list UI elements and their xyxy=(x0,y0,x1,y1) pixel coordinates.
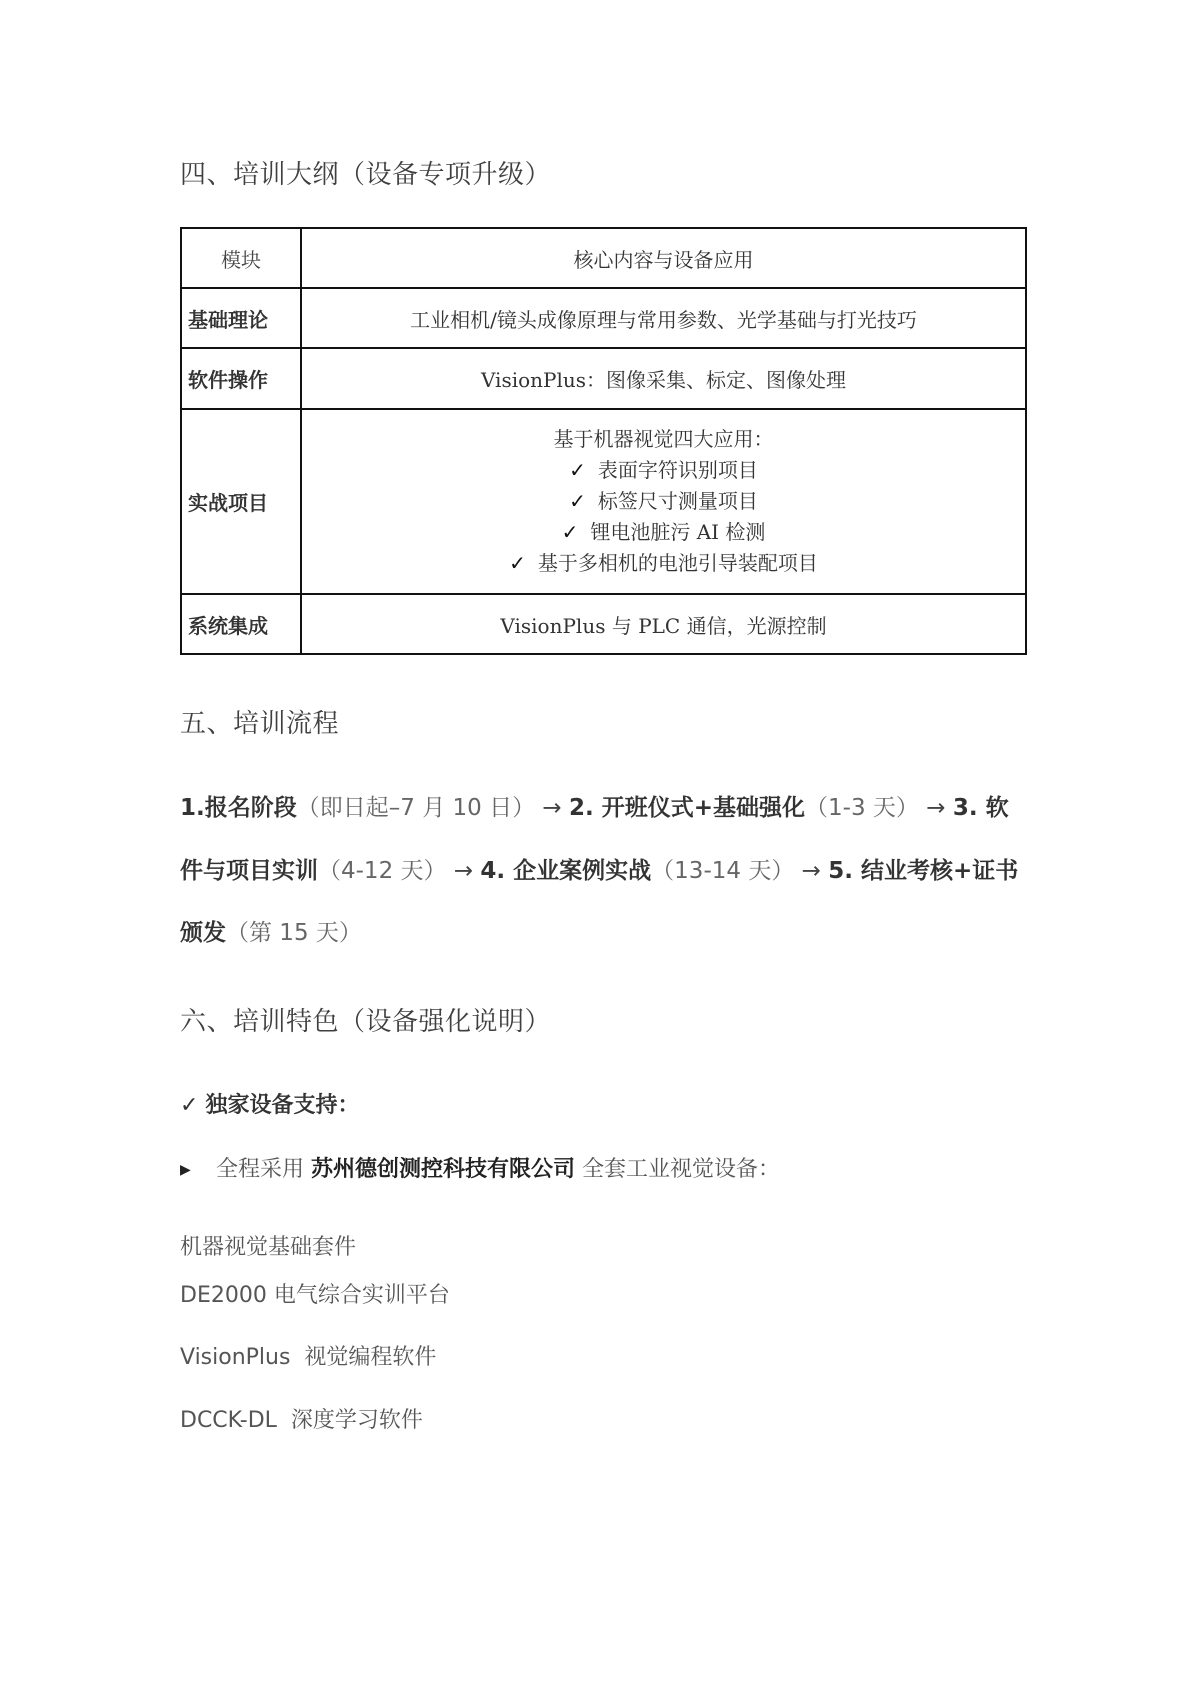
row-content: 工业相机/镜头成像原理与常用参数、光学基础与打光技巧 xyxy=(301,288,1026,348)
row-content: VisionPlus 与 PLC 通信，光源控制 xyxy=(301,594,1026,654)
header-content: 核心内容与设备应用 xyxy=(301,228,1026,288)
check-icon: ✓ xyxy=(569,489,586,513)
company-name: 苏州德创测控科技有限公司 xyxy=(311,1157,575,1182)
row-module: 软件操作 xyxy=(181,348,301,409)
check-icon: ✓ xyxy=(562,520,579,544)
equipment-support-line: ✓ 独家设备支持： xyxy=(180,1088,359,1119)
flow-detail: （即日起–7 月 10 日） xyxy=(297,795,535,821)
table-row: 系统集成 VisionPlus 与 PLC 通信，光源控制 xyxy=(181,594,1026,654)
flow-detail: （4-12 天） xyxy=(318,858,447,884)
equipment-item: 机器视觉基础套件 xyxy=(180,1230,356,1261)
arrow-icon: → xyxy=(542,795,561,821)
equipment-item: VisionPlus 视觉编程软件 xyxy=(180,1340,436,1371)
section-heading-features: 六、培训特色（设备强化说明） xyxy=(180,1007,551,1037)
flow-detail: （第 15 天） xyxy=(226,920,362,946)
table-row: 基础理论 工业相机/镜头成像原理与常用参数、光学基础与打光技巧 xyxy=(181,288,1026,348)
flow-step: 4. 企业案例实战 xyxy=(480,858,651,884)
row-module: 基础理论 xyxy=(181,288,301,348)
row-module: 系统集成 xyxy=(181,594,301,654)
section-heading-outline: 四、培训大纲（设备专项升级） xyxy=(180,160,551,190)
row-content: 基于机器视觉四大应用： ✓表面字符识别项目 ✓标签尺寸测量项目 ✓锂电池脏污 A… xyxy=(301,409,1026,594)
header-module: 模块 xyxy=(181,228,301,288)
project-item: ✓锂电池脏污 AI 检测 xyxy=(302,517,1025,548)
arrow-icon: → xyxy=(802,858,821,884)
training-process-flow: 1.报名阶段（即日起–7 月 10 日） → 2. 开班仪式+基础强化（1-3 … xyxy=(180,777,1030,965)
support-label: 独家设备支持： xyxy=(205,1093,359,1118)
row-content: VisionPlus：图像采集、标定、图像处理 xyxy=(301,348,1026,409)
projects-intro: 基于机器视觉四大应用： xyxy=(302,424,1025,455)
triangle-bullet-icon: ▶ xyxy=(180,1162,216,1178)
table-row: 实战项目 基于机器视觉四大应用： ✓表面字符识别项目 ✓标签尺寸测量项目 ✓锂电… xyxy=(181,409,1026,594)
project-item: ✓标签尺寸测量项目 xyxy=(302,486,1025,517)
project-item: ✓基于多相机的电池引导装配项目 xyxy=(302,548,1025,579)
bullet-item: ▶全程采用 苏州德创测控科技有限公司 全套工业视觉设备： xyxy=(180,1152,780,1183)
training-outline-table: 模块 核心内容与设备应用 基础理论 工业相机/镜头成像原理与常用参数、光学基础与… xyxy=(180,227,1027,655)
arrow-icon: → xyxy=(454,858,473,884)
table-row: 软件操作 VisionPlus：图像采集、标定、图像处理 xyxy=(181,348,1026,409)
equipment-item: DE2000 电气综合实训平台 xyxy=(180,1278,450,1309)
row-module: 实战项目 xyxy=(181,409,301,594)
flow-step: 1.报名阶段 xyxy=(180,795,297,821)
check-icon: ✓ xyxy=(569,458,586,482)
check-icon: ✓ xyxy=(509,551,526,575)
table-header-row: 模块 核心内容与设备应用 xyxy=(181,228,1026,288)
flow-step: 2. 开班仪式+基础强化 xyxy=(569,795,805,821)
section-heading-process: 五、培训流程 xyxy=(180,709,339,739)
check-mark-icon: ✓ xyxy=(180,1093,198,1118)
flow-detail: （1-3 天） xyxy=(805,795,919,821)
project-item: ✓表面字符识别项目 xyxy=(302,455,1025,486)
arrow-icon: → xyxy=(926,795,945,821)
flow-detail: （13-14 天） xyxy=(651,858,794,884)
equipment-item: DCCK-DL 深度学习软件 xyxy=(180,1403,423,1434)
